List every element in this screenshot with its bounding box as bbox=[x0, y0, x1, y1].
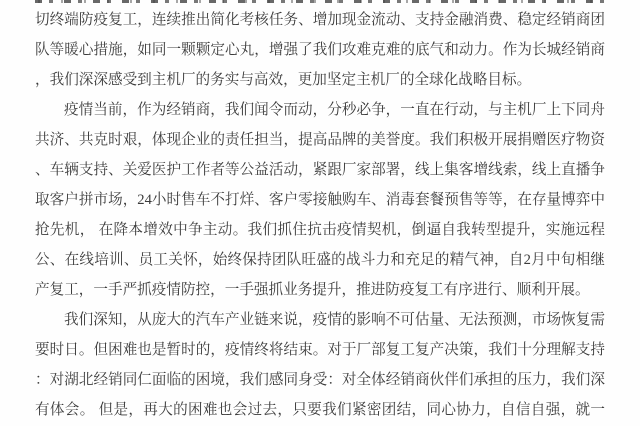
text-line: 、车辆支持、关爱医护工作者等公益活动，紧跟厂家部署，线上集客增线索，线上直播争 bbox=[35, 155, 605, 185]
text-line: 产复工，一手严抓疫情防控，一手强抓业务提升，推进防疫复工有序进行、顺利开展。 bbox=[35, 275, 605, 305]
text-line: 切终端防疫复工，连续推出简化考核任务、增加现金流动、支持金融消费、稳定经销商团 bbox=[35, 5, 605, 35]
text-line: 我们深知，从庞大的汽车产业链来说，疫情的影响不可估量、无法预测，市场恢复需 bbox=[35, 305, 605, 335]
text-line: 疫情当前，作为经销商，我们闻令而动，分秒必争，一直在行动，与主机厂上下同舟 bbox=[35, 95, 605, 125]
text-line: 抢先机， 在降本增效中争主动。我们抓住抗击疫情契机，倒逼自我转型提升，实施远程办 bbox=[35, 215, 605, 245]
text-line: 取客户拼市场，24小时售车不打烊、客户零接触购车、消毒套餐预售等等，在存量博弈中 bbox=[35, 185, 605, 215]
text-line: 有体会。 但是，再大的困难也会过去，只要我们紧密团结，同心协力，自信自强，就一定 bbox=[35, 395, 605, 425]
text-line: 队等暖心措施，如同一颗颗定心丸，增强了我们攻难克难的底气和动力。作为长城经销商 bbox=[35, 35, 605, 65]
document-page: 切终端防疫复工，连续推出简化考核任务、增加现金流动、支持金融消费、稳定经销商团队… bbox=[0, 0, 640, 426]
clipped-text-row bbox=[35, 0, 605, 3]
text-line: 共济、共克时艰，体现企业的责任担当，提高品牌的美誉度。我们积极开展捐赠医疗物资 bbox=[35, 125, 605, 155]
text-line: ，我们深深感受到主机厂的务实与高效，更加坚定主机厂的全球化战略目标。 bbox=[35, 65, 605, 95]
letter-body: 切终端防疫复工，连续推出简化考核任务、增加现金流动、支持金融消费、稳定经销商团队… bbox=[35, 5, 605, 425]
text-line: ：对湖北经销同仁面临的困境，我们感同身受：对全体经销商伙伴们承担的压力，我们深 bbox=[35, 365, 605, 395]
text-line: 要时日。但困难也是暂时的，疫情终将结束。对于厂部复工复产决策，我们十分理解支持 bbox=[35, 335, 605, 365]
text-line: 公、在线培训、员工关怀，始终保持团队旺盛的战斗力和充足的精气神，自2月中旬相继复 bbox=[35, 245, 605, 275]
